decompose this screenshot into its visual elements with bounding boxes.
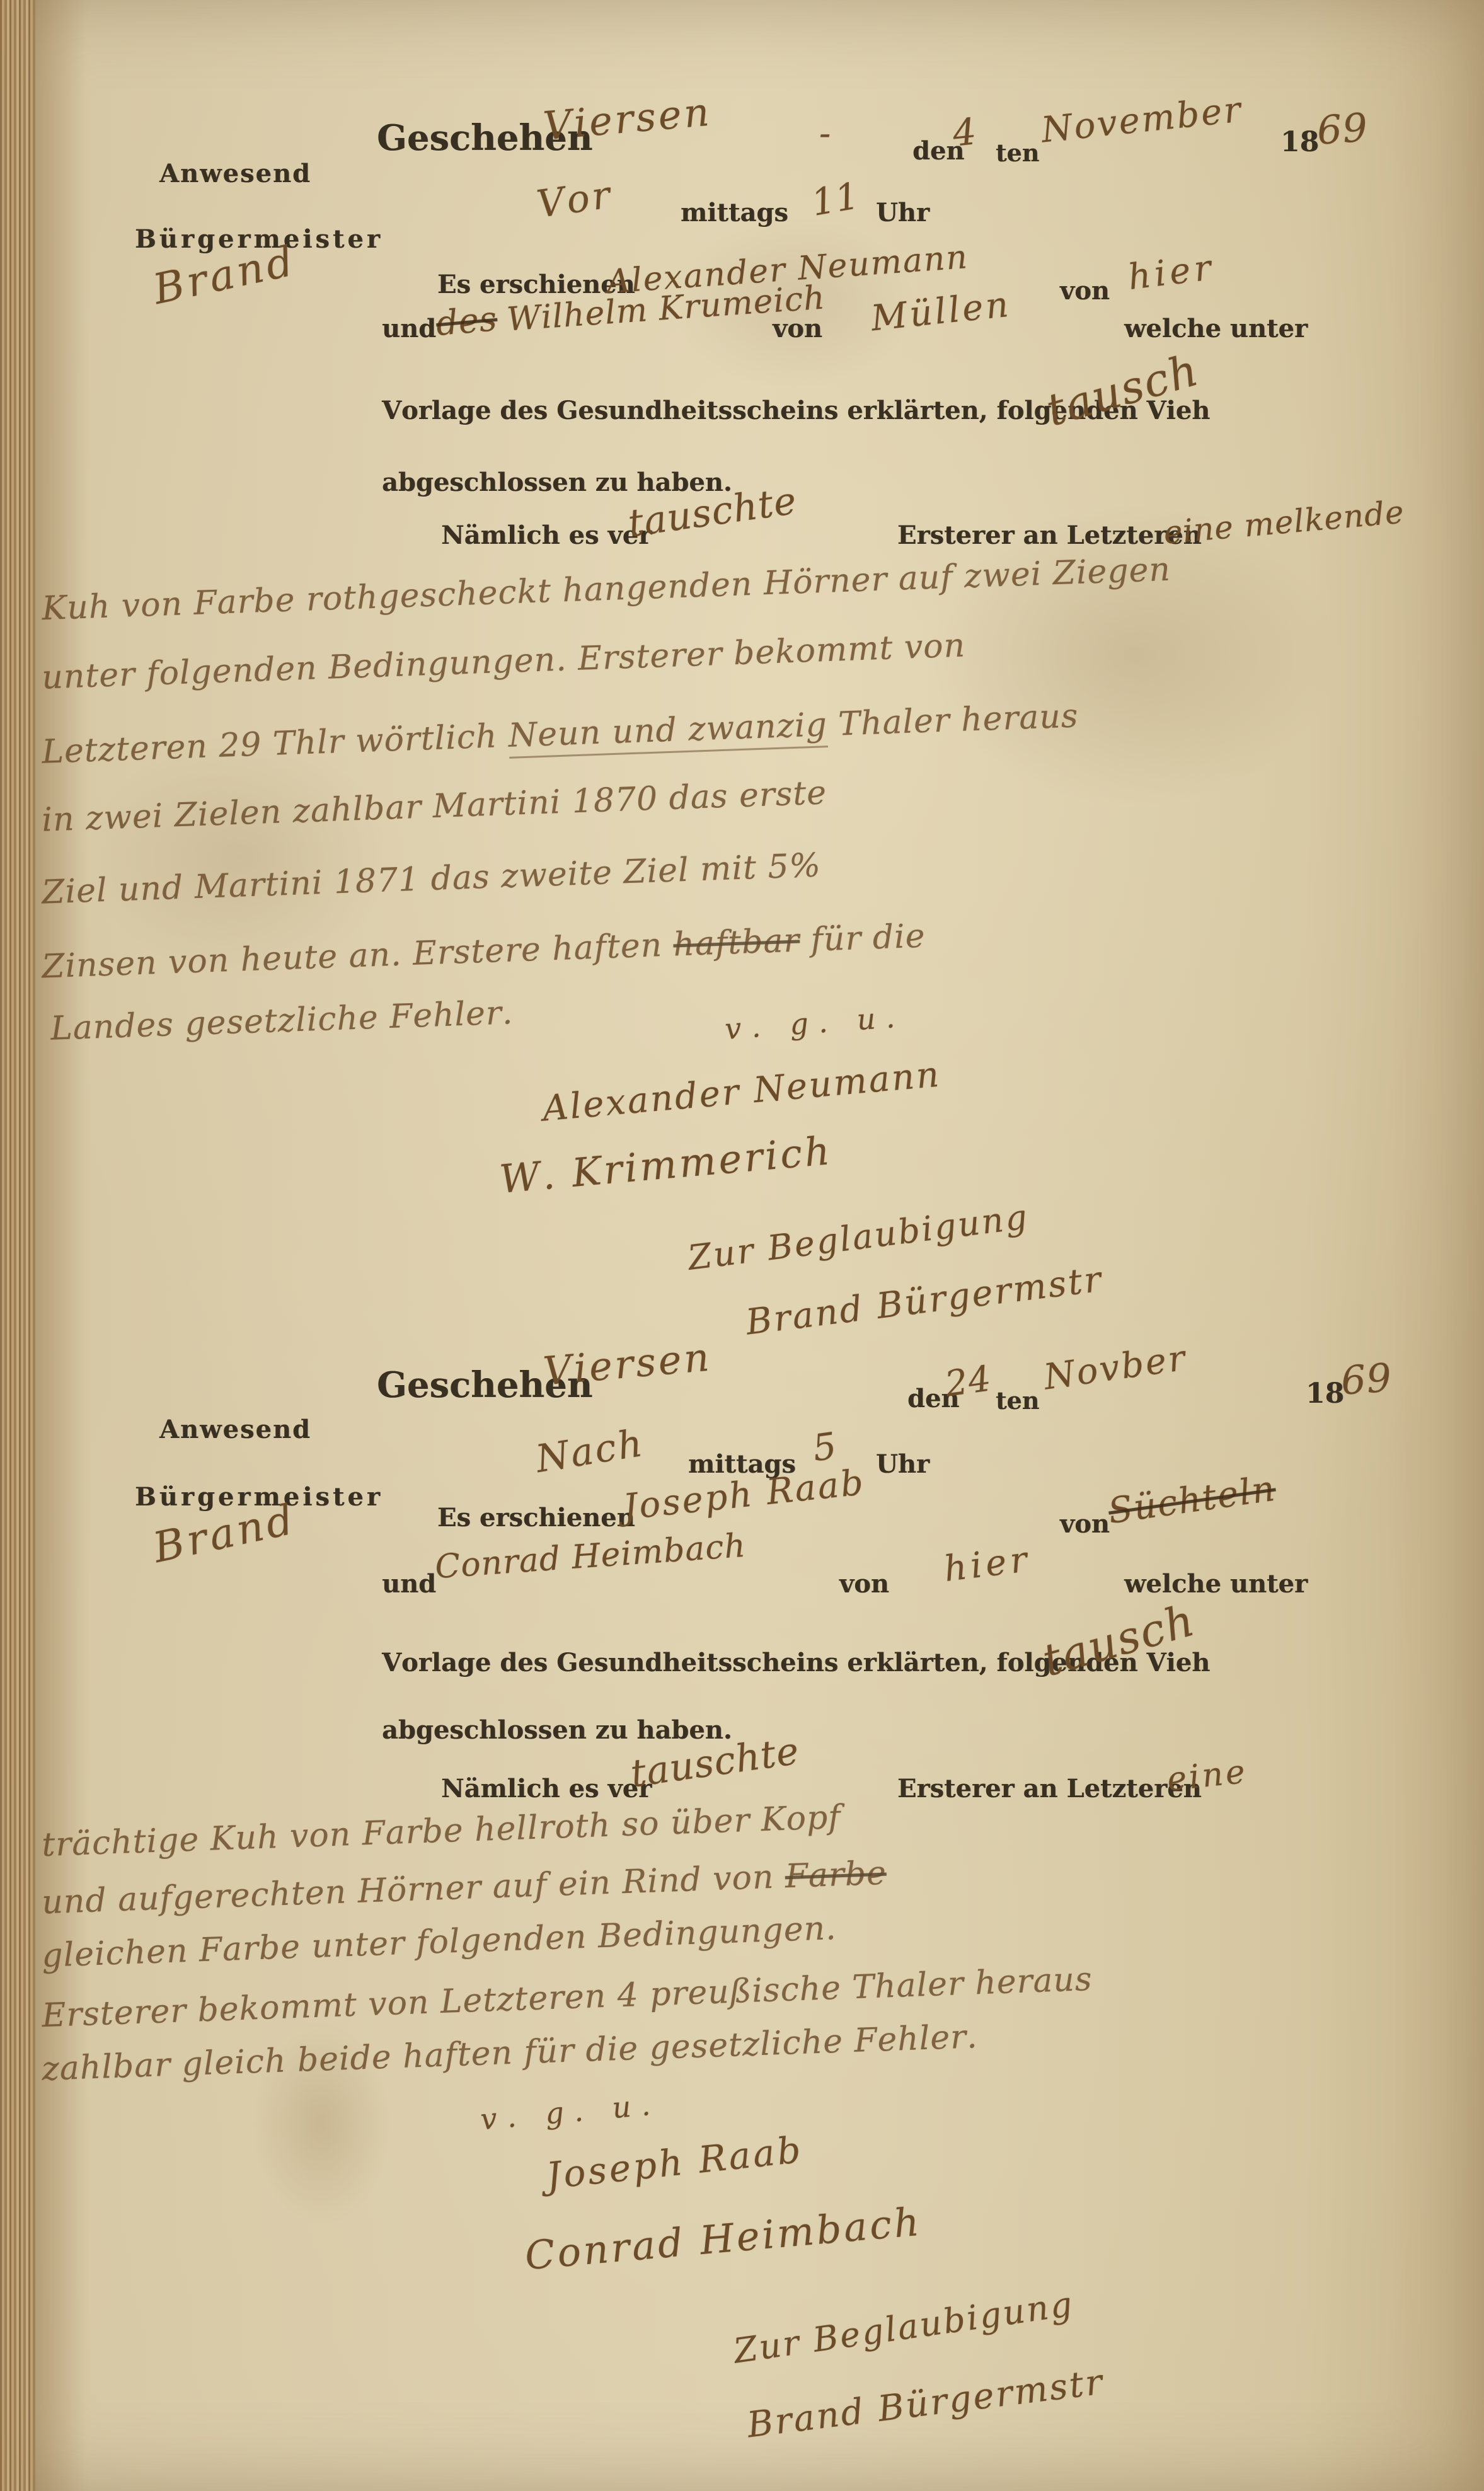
sec1-body-line-1: Kuh von Farbe rothgescheckt hangenden Hö… bbox=[41, 551, 1171, 628]
sec1-signature-party1: Alexander Neumann bbox=[541, 1054, 942, 1129]
sec2-party2-place-handwritten: hier bbox=[942, 1539, 1033, 1590]
sec1-date-day-handwritten: 4 bbox=[951, 110, 979, 155]
sec1-beglaubigung-handwritten: Zur Beglaubigung bbox=[686, 1197, 1031, 1278]
sec1-body-line-3c: Thaler heraus bbox=[827, 697, 1079, 744]
sec2-body-line-2-struck: Farbe bbox=[785, 1855, 887, 1896]
sec1-date-month-handwritten: November bbox=[1039, 89, 1244, 151]
binding-shadow bbox=[35, 0, 86, 2491]
sec1-dash-handwritten: - bbox=[819, 113, 831, 153]
sec2-date-year-handwritten: 69 bbox=[1340, 1354, 1394, 1403]
sec2-es-erschienen-label: Es erschienen bbox=[437, 1503, 635, 1533]
sec1-body-line-2: unter folgenden Bedingungen. Ersterer be… bbox=[41, 626, 966, 696]
sec1-date-year-handwritten: 69 bbox=[1316, 104, 1370, 153]
sec1-body-line-3-underlined: Neun und zwanzig bbox=[508, 706, 828, 759]
sec1-von1-label: von bbox=[1060, 276, 1110, 306]
sec1-date-year-printed: 18 bbox=[1280, 126, 1319, 158]
sec2-place-handwritten: Viersen bbox=[541, 1333, 713, 1394]
sec1-official-signature: Brand Bürgermstr bbox=[744, 1259, 1105, 1343]
sec1-body-line-3a: Letzteren 29 Thlr wörtlich bbox=[41, 717, 509, 771]
sec1-naemlich-label: Nämlich es ver bbox=[441, 521, 652, 550]
sec1-body-line-6a: Zinsen von heute an. Erstere haften bbox=[41, 926, 674, 986]
sec2-party1-place-handwritten: Süchteln bbox=[1106, 1468, 1279, 1533]
sec1-abgeschlossen-line: abgeschlossen zu haben. bbox=[382, 468, 732, 497]
sec1-hour-handwritten: 11 bbox=[808, 174, 863, 224]
sec2-body-line-3: gleichen Farbe unter folgenden Bedingung… bbox=[41, 1909, 837, 1975]
sec2-uhr-label: Uhr bbox=[876, 1449, 929, 1479]
sec2-time-prefix-handwritten: Nach bbox=[533, 1421, 647, 1481]
sec2-signature-party2: Conrad Heimbach bbox=[523, 2199, 923, 2279]
sec2-abgeschlossen-line: abgeschlossen zu haben. bbox=[382, 1715, 732, 1745]
sec2-date-day-handwritten: 24 bbox=[943, 1358, 994, 1405]
sec2-welche-unter-label: welche unter bbox=[1124, 1569, 1308, 1599]
book-binding-edge bbox=[0, 0, 35, 2491]
sec2-beglaubigung-handwritten: Zur Beglaubigung bbox=[731, 2284, 1076, 2371]
sec1-mittags-label: mittags bbox=[681, 198, 788, 227]
sec2-date-ten-label: ten bbox=[996, 1386, 1039, 1415]
sec2-body-leadout-handwritten: eine bbox=[1165, 1752, 1249, 1798]
sec1-struck-word-handwritten: des bbox=[434, 299, 498, 343]
sec2-margin-anwesend-label: Anwesend bbox=[159, 1415, 311, 1444]
sec2-official-signature: Brand Bürgermstr bbox=[745, 2362, 1107, 2446]
sec1-time-prefix-handwritten: Vor bbox=[534, 173, 616, 227]
document-page: Geschehen Viersen - den 4 ten November 1… bbox=[0, 0, 1484, 2491]
sec1-ersterer-label: Ersterer an Letzteren bbox=[897, 521, 1202, 550]
sec1-place-handwritten: Viersen bbox=[541, 88, 713, 149]
sec1-body-line-7: Landes gesetzliche Fehler. bbox=[50, 994, 514, 1048]
sec2-date-year-printed: 18 bbox=[1306, 1378, 1344, 1410]
sec2-body-line-2a: und aufgerechten Hörner auf ein Rind von bbox=[41, 1858, 786, 1921]
sec2-naemlich-label: Nämlich es ver bbox=[441, 1774, 652, 1804]
sec1-welche-unter-label: welche unter bbox=[1124, 314, 1308, 343]
sec2-signature-party1: Joseph Raab bbox=[544, 2128, 805, 2197]
sec2-ersterer-label: Ersterer an Letzteren bbox=[897, 1774, 1202, 1804]
sec1-body-line-6: Zinsen von heute an. Erstere haften haft… bbox=[41, 918, 926, 986]
sec1-signature-party2: W. Krimmerich bbox=[498, 1127, 834, 1202]
sec1-body-line-6c: für die bbox=[799, 918, 926, 960]
sec1-body-line-3: Letzteren 29 Thlr wörtlich Neun und zwan… bbox=[41, 697, 1079, 771]
sec2-hour-handwritten: 5 bbox=[810, 1424, 839, 1470]
sec2-body-line-1: trächtige Kuh von Farbe hellroth so über… bbox=[41, 1798, 841, 1864]
sec2-von1-label: von bbox=[1060, 1509, 1110, 1539]
sec1-von2-label: von bbox=[773, 314, 822, 343]
sec2-date-month-handwritten: Novber bbox=[1042, 1337, 1190, 1398]
sec1-und-label: und bbox=[382, 314, 436, 343]
sec1-vgu-abbreviation: v. g. u. bbox=[723, 999, 906, 1046]
sec1-body-line-6-struck: haftbar bbox=[672, 921, 800, 964]
sec1-body-line-4: in zwei Zielen zahlbar Martini 1870 das … bbox=[41, 774, 827, 839]
sec1-body-line-5: Ziel und Martini 1871 das zweite Ziel mi… bbox=[41, 846, 822, 911]
sec1-uhr-label: Uhr bbox=[876, 198, 929, 227]
sec2-und-label: und bbox=[382, 1569, 436, 1599]
sec1-date-ten-label: ten bbox=[996, 139, 1039, 167]
sec1-margin-anwesend-label: Anwesend bbox=[159, 159, 311, 188]
sec1-party1-place-handwritten: hier bbox=[1126, 247, 1217, 298]
sec2-von2-label: von bbox=[839, 1569, 889, 1599]
sec2-vgu-abbreviation: v. g. u. bbox=[479, 2087, 662, 2137]
sec1-body-leadout-handwritten: eine melkende bbox=[1162, 493, 1406, 551]
sec2-party2-name-handwritten: Conrad Heimbach bbox=[434, 1527, 747, 1586]
sec1-party2-place-handwritten: Müllen bbox=[869, 284, 1013, 340]
